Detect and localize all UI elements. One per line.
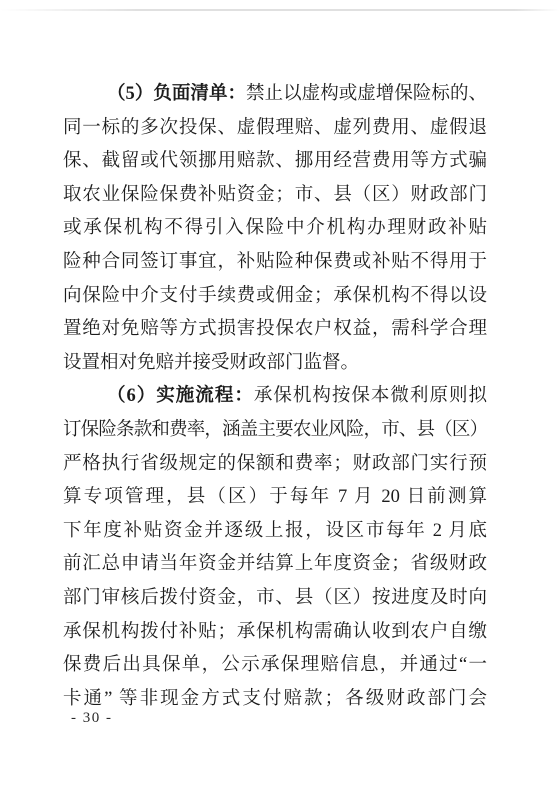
paragraph-5-label: （5）负面清单： [107, 84, 246, 104]
paragraph-5-first-line: （5）负面清单：禁止以虚构或虚增保险标的、 [63, 78, 487, 112]
page-number: - 30 - [71, 710, 113, 727]
paragraph-6-label: （6）实施流程： [107, 386, 254, 406]
text-line: 部门审核后拨付资金，市、县（区）按进度及时向 [63, 582, 487, 616]
text-line: 下年度补贴资金并逐级上报，设区市每年 2 月底 [63, 515, 487, 549]
text-line: 险种合同签订事宜，补贴险种保费或补贴不得用于 [63, 246, 487, 280]
text-line: 前汇总申请当年资金并结算上年度资金；省级财政 [63, 548, 487, 582]
page-content: （5）负面清单：禁止以虚构或虚增保险标的、 同一标的多次投保、虚假理赔、虚列费用… [63, 78, 487, 716]
text-line: 严格执行省级规定的保额和费率；财政部门实行预 [63, 448, 487, 482]
text-line: 保、截留或代领挪用赔款、挪用经营费用等方式骗 [63, 145, 487, 179]
paragraph-6-first-line: （6）实施流程：承保机构按保本微利原则拟 [63, 380, 487, 414]
text-line: 承保机构拨付补贴；承保机构需确认收到农户自缴 [63, 616, 487, 650]
text-line: 向保险中介支付手续费或佣金；承保机构不得以设 [63, 280, 487, 314]
text-line: 同一标的多次投保、虚假理赔、虚列费用、虚假退 [63, 112, 487, 146]
paragraph-6-lead-text: 承保机构按保本微利原则拟 [254, 386, 487, 406]
text-line: 设置相对免赔并接受财政部门监督。 [63, 347, 487, 381]
document-page: （5）负面清单：禁止以虚构或虚增保险标的、 同一标的多次投保、虚假理赔、虚列费用… [0, 0, 559, 793]
text-line: 订保险条款和费率，涵盖主要农业风险，市、县（区） [63, 414, 487, 448]
scan-artifact-line [0, 9, 559, 11]
text-line: 或承保机构不得引入保险中介机构办理财政补贴 [63, 212, 487, 246]
text-line: 取农业保险保费补贴资金；市、县（区）财政部门 [63, 179, 487, 213]
text-line: 保费后出具保单，公示承保理赔信息，并通过“一 [63, 649, 487, 683]
paragraph-5-lead-text: 禁止以虚构或虚增保险标的、 [246, 84, 487, 104]
text-line: 算专项管理，县（区）于每年 7 月 20 日前测算 [63, 481, 487, 515]
text-line: 卡通” 等非现金方式支付赔款；各级财政部门会 [63, 683, 487, 717]
text-line: 置绝对免赔等方式损害投保农户权益，需科学合理 [63, 313, 487, 347]
